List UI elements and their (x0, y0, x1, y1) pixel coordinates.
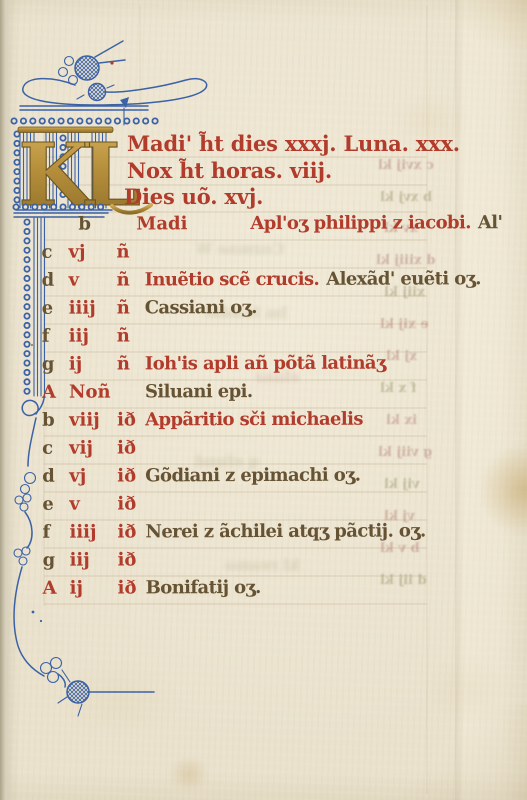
feast-entry: Gõdiani z epimachi oʒ. (145, 465, 360, 487)
calendar-row: d v ñ Inuẽtio scẽ crucis.Alexãd' euẽti o… (0, 268, 527, 298)
dominical-letter: g (43, 550, 56, 571)
dominical-letter: f (42, 326, 50, 347)
day-count: iij (70, 550, 90, 571)
nones-mark: ñ (117, 325, 130, 346)
day-count: vij (69, 438, 93, 459)
calendar-row: c vij ið (0, 436, 527, 466)
nones-mark: ñ (117, 269, 130, 290)
feast-entry: Nerei z ãchilei atqʒ pãctij. oʒ. (145, 520, 425, 542)
nones-mark: ñ (117, 297, 130, 318)
ides-mark: ið (117, 409, 136, 430)
feast-entry: Appãritio sči michaelis (145, 409, 370, 431)
ides-mark: ið (117, 465, 136, 486)
day-count: iij (69, 326, 89, 347)
calendar-row: d vj ið Gõdiani z epimachi oʒ. (0, 464, 527, 494)
calendar-row: g ij ñ Ioh'is apli añ põtã latinãʒ (0, 352, 527, 382)
manuscript-page: c xvij kl b xvj kl xv kl d xiiij kl xiij… (0, 0, 527, 800)
calendar-row: b viij ið Appãritio sči michaelis (0, 408, 527, 438)
calendar-row: c vj ñ (0, 240, 527, 270)
nones-mark: ñ (117, 353, 130, 374)
calendar-table: b Madi Apl'oʒ philippi z iacobi.Al' c vj… (0, 0, 527, 800)
calendar-row: A ij ið Bonifatij oʒ. (1, 576, 527, 606)
calendar-row: f iij ñ (0, 324, 527, 354)
calendar-row: e iiij ñ Cassiani oʒ. (0, 296, 527, 326)
day-count: vj (68, 242, 85, 263)
feast-entry: Inuẽtio scẽ crucis.Alexãd' euẽti oʒ. (145, 268, 481, 290)
calendar-row: f iiij ið Nerei z ãchilei atqʒ pãctij. o… (0, 520, 527, 550)
dominical-letter: b (78, 214, 91, 235)
day-count: ij (70, 578, 83, 599)
day-count: iiij (69, 298, 96, 319)
dominical-letter: f (42, 522, 50, 543)
feast-entry: Siluani epi. (145, 381, 253, 402)
day-count: iiij (69, 522, 96, 543)
dominical-letter: A (42, 382, 56, 403)
ides-mark: ið (117, 437, 136, 458)
nones-mark: ñ (116, 241, 129, 262)
calendar-row: g iij ið (1, 548, 527, 578)
month-label: Madi (136, 213, 187, 234)
feast-entry: Bonifatij oʒ. (146, 577, 261, 598)
feast-entry: Apl'oʒ philippi z iacobi.Al' (250, 212, 502, 234)
nones-label: Noñ (69, 382, 111, 403)
dominical-letter: d (42, 270, 55, 291)
dominical-letter: e (42, 298, 54, 319)
day-count: viij (69, 410, 100, 431)
day-count: v (69, 270, 80, 291)
dominical-letter: g (42, 354, 55, 375)
dominical-letter: c (41, 242, 52, 263)
feast-entry: Cassiani oʒ. (145, 297, 257, 318)
ides-mark: ið (118, 549, 137, 570)
ides-mark: ið (117, 521, 136, 542)
day-count: ij (69, 354, 82, 375)
calendar-row: b Madi Apl'oʒ philippi z iacobi.Al' (0, 212, 526, 242)
day-count: vj (69, 466, 86, 487)
ides-mark: ið (117, 493, 136, 514)
calendar-row: e v ið (0, 492, 527, 522)
dominical-letter: b (42, 410, 55, 431)
dominical-letter: e (42, 494, 54, 515)
feast-entry: Ioh'is apli añ põtã latinãʒ (145, 353, 393, 375)
dominical-letter: d (42, 466, 55, 487)
day-count: v (69, 494, 80, 515)
calendar-row: A Noñ Siluani epi. (0, 380, 527, 410)
dominical-letter: A (43, 578, 57, 599)
dominical-letter: c (42, 438, 53, 459)
ides-mark: ið (118, 577, 137, 598)
